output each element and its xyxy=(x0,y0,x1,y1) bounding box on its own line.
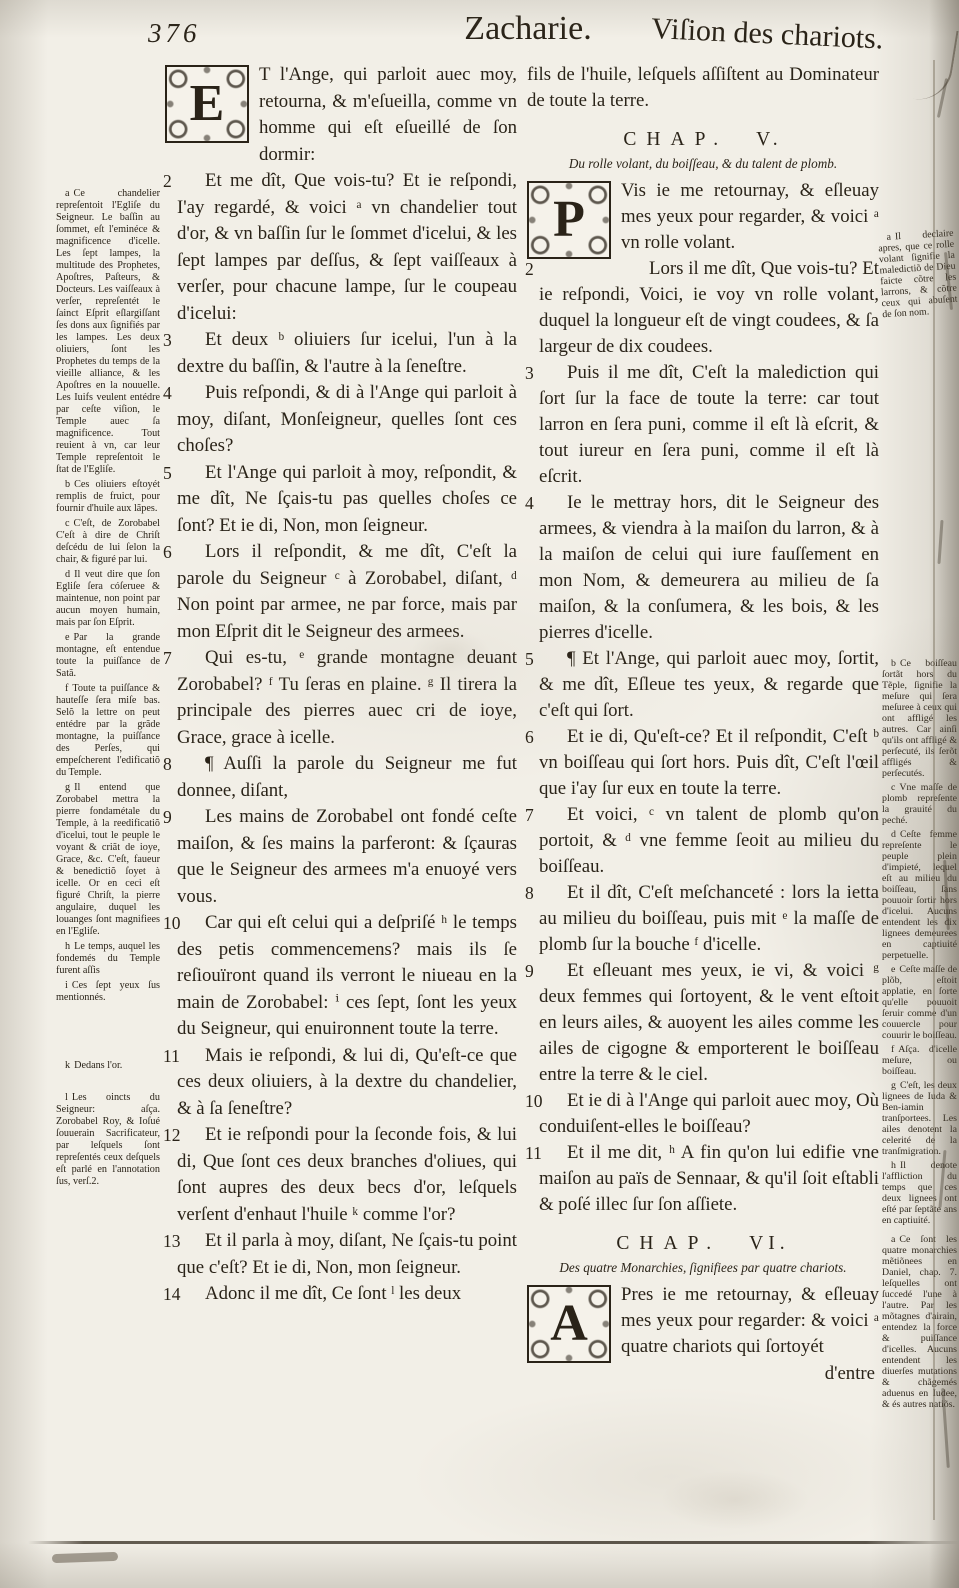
verse-text: Adonc il me dît, Ce ſont ˡ les deux xyxy=(205,1283,461,1304)
verse-text: Puis reſpondi, & di à l'Ange qui parloit… xyxy=(177,382,517,456)
note-text: Toute ta puiſſance & hauteſſe ſera miſe … xyxy=(56,683,160,778)
verse: 11Mais ie reſpondi, & lui di, Qu'eſt-ce … xyxy=(165,1043,517,1123)
verse-number: 2 xyxy=(525,256,534,282)
margin-note: gC'eſt, les deux lignees de Iuda & Ben-i… xyxy=(882,1080,957,1157)
verse: 11Et il me dit, ʰ A fin qu'on lui edifie… xyxy=(527,1140,879,1218)
note-letter: i xyxy=(65,980,68,991)
verse: 2Et me dît, Que vois-tu? Et ie reſpondi,… xyxy=(165,168,517,327)
note-letter: c xyxy=(65,518,70,529)
note-text: Dedans l'or. xyxy=(74,1060,122,1071)
margin-note: kDedans l'or. xyxy=(56,1060,160,1072)
verse-text: ¶ Auſſi la parole du Seigneur me fut don… xyxy=(177,753,517,801)
margin-note: lLes oincts du Seigneur: aſça. Zorobabel… xyxy=(56,1092,160,1188)
verse-number: 7 xyxy=(163,645,172,672)
verse-number: 3 xyxy=(163,327,172,354)
verse-number: 4 xyxy=(525,490,534,516)
chapter4-opening-paragraph: ET l'Ange, qui parloit auec moy, retourn… xyxy=(165,62,517,168)
verse-text: Et ie di à l'Ange qui parloit auec moy, … xyxy=(539,1090,879,1137)
verse: 5Et l'Ange qui parloit à moy, reſpondit,… xyxy=(165,460,517,540)
drop-cap-initial: P xyxy=(527,181,611,259)
verse-text: Et eſleuant mes yeux, ie vi, & voici ᵍ d… xyxy=(539,960,879,1085)
edge-ink-mark xyxy=(937,520,943,564)
verse-text: Et ie di, Qu'eſt-ce? Et il reſpondit, C'… xyxy=(539,726,879,799)
bottom-scan-rule xyxy=(28,1541,959,1544)
margin-note: eCeſte maſſe de plõb, eſtoit applatie, e… xyxy=(882,964,957,1041)
page-number: 376 xyxy=(148,18,201,49)
chapter-numeral: V. xyxy=(756,129,782,150)
note-letter: a xyxy=(65,188,70,199)
margin-note: cVne maſſe de plomb repreſente la grauit… xyxy=(882,782,957,826)
note-text: Les oincts du Seigneur: aſça. Zorobabel … xyxy=(56,1092,160,1187)
verse-number: 9 xyxy=(525,958,534,984)
verse: 5¶ Et l'Ange, qui parloit auec moy, ſort… xyxy=(527,646,879,724)
verse: 8Et il dît, C'eſt meſchanceté : lors la … xyxy=(527,880,879,958)
chapter-numeral: VI. xyxy=(749,1233,789,1254)
verse: 3Puis il me dît, C'eſt la malediction qu… xyxy=(527,360,879,490)
verse-text: Et il dît, C'eſt meſchanceté : lors la i… xyxy=(539,882,879,955)
verse: 10Et ie di à l'Ange qui parloit auec moy… xyxy=(527,1088,879,1140)
verse-text: Lors il me dît, Que vois-tu? Et ie reſpo… xyxy=(539,258,879,357)
verse: 9Et eſleuant mes yeux, ie vi, & voici ᵍ … xyxy=(527,958,879,1088)
verse-number: 13 xyxy=(163,1228,181,1255)
verse: 13Et il parla à moy, diſant, Ne ſçais-tu… xyxy=(165,1228,517,1281)
verse-text: Et voici, ᶜ vn talent de plomb qu'on por… xyxy=(539,804,879,877)
verse-text: ¶ Et l'Ange, qui parloit auec moy, ſorti… xyxy=(539,648,879,721)
note-letter: k xyxy=(65,1060,70,1071)
note-letter: a xyxy=(886,232,891,243)
left-margin-notes: aCe chandelier repreſentoit l'Egliſe du … xyxy=(56,188,160,1191)
margin-note: cC'eſt, de Zorobabel C'eſt à dire de Chr… xyxy=(56,518,160,566)
verse-number: 11 xyxy=(525,1140,542,1166)
verse-text: Et deux ᵇ oliuiers ſur icelui, l'un à la… xyxy=(177,329,517,377)
verse: 8¶ Auſſi la parole du Seigneur me fut do… xyxy=(165,751,517,804)
verse: 4Ie le mettray hors, dit le Seigneur des… xyxy=(527,490,879,646)
chapter6-heading: CHAP.VI. xyxy=(527,1231,879,1257)
running-title: Viſion des chariots. xyxy=(650,12,951,60)
note-text: C'eſt, les deux lignees de Iuda & Ben-ia… xyxy=(882,1080,957,1157)
ink-smudge xyxy=(52,1552,118,1563)
verse-number: 7 xyxy=(525,802,534,828)
note-text: Par la grande montagne, eſt entendue tou… xyxy=(56,632,160,679)
verse-text: Lors il reſpondit, & me dît, C'eſt la pa… xyxy=(177,541,517,642)
margin-note: hLe temps, auquel les fondemés du Temple… xyxy=(56,941,160,977)
chapter6-opening-paragraph: APres ie me retournay, & eſleuay mes yeu… xyxy=(527,1282,879,1360)
note-text: Ce chandelier repreſentoit l'Egliſe du S… xyxy=(56,188,160,475)
verse-number: 8 xyxy=(163,751,172,778)
note-letter: h xyxy=(891,1160,896,1171)
note-letter: d xyxy=(65,569,70,580)
margin-note: fAſça. d'icelle meſure, ou boiſſeau. xyxy=(882,1044,957,1077)
paper-stain xyxy=(410,630,490,672)
verse: 10Car qui eſt celui qui a deſpriſé ʰ le … xyxy=(165,910,517,1043)
margin-note: aCe chandelier repreſentoit l'Egliſe du … xyxy=(56,188,160,476)
margin-note: gIl entend que Zorobabel mettra la pierr… xyxy=(56,782,160,938)
verse: 4Puis reſpondi, & di à l'Ange qui parloi… xyxy=(165,380,517,460)
note-letter: e xyxy=(891,964,895,975)
note-text: Le temps, auquel les fondemés du Temple … xyxy=(56,941,160,976)
verse-number: 5 xyxy=(525,646,534,672)
verse-number: 6 xyxy=(163,539,172,566)
opening-text: T l'Ange, qui parloit auec moy, retourna… xyxy=(259,64,517,165)
verse-text: Mais ie reſpondi, & lui di, Qu'eſt-ce qu… xyxy=(177,1045,517,1119)
verse-number: 4 xyxy=(163,380,172,407)
note-text: Ce ſont les quatre monarchies mẽtiõnees … xyxy=(882,1234,957,1410)
verse-text: Car qui eſt celui qui a deſpriſé ʰ le te… xyxy=(177,912,517,1039)
margin-note: aCe ſont les quatre monarchies mẽtiõnees… xyxy=(882,1234,957,1410)
note-text: C'eſt, de Zorobabel C'eſt à dire de Chri… xyxy=(56,518,160,565)
note-letter: f xyxy=(65,683,68,694)
chapter5-heading: CHAP.V. xyxy=(527,127,879,153)
note-letter: d xyxy=(891,829,896,840)
chapter4-continuation: fils de l'huile, leſquels aſſiſtent au D… xyxy=(527,62,879,114)
verse-number: 10 xyxy=(525,1088,543,1114)
catchword: d'entre xyxy=(527,1361,879,1387)
verse: 9Les mains de Zorobabel ont fondé ceſte … xyxy=(165,804,517,910)
verse-text: Et me dît, Que vois-tu? Et ie reſpondi, … xyxy=(177,170,517,324)
verse: 3Et deux ᵇ oliuiers ſur icelui, l'un à l… xyxy=(165,327,517,380)
verse: 12Et ie reſpondi pour la ſeconde fois, &… xyxy=(165,1122,517,1228)
verse: 14Adonc il me dît, Ce ſont ˡ les deux xyxy=(165,1281,517,1308)
note-letter: c xyxy=(891,782,895,793)
note-text: Ces oliuiers eſtoyét remplis de fruict, … xyxy=(56,479,160,514)
drop-cap-initial: A xyxy=(527,1285,611,1363)
verse-number: 5 xyxy=(163,460,172,487)
note-letter: h xyxy=(65,941,70,952)
note-letter: g xyxy=(65,782,70,793)
verse: 6Et ie di, Qu'eſt-ce? Et il reſpondit, C… xyxy=(527,724,879,802)
paper-stain xyxy=(660,1470,810,1530)
verse-text: Ie le mettray hors, dit le Seigneur des … xyxy=(539,492,879,643)
margin-note: dIl veut dire que ſon Egliſe ſera cóſeru… xyxy=(56,569,160,629)
chapter6-summary: Des quatre Monarchies, ſignifiees par qu… xyxy=(527,1260,879,1275)
note-letter: l xyxy=(65,1092,68,1103)
note-letter: g xyxy=(891,1080,896,1091)
verse-number: 3 xyxy=(525,360,534,386)
verse-number: 2 xyxy=(163,168,172,195)
verse-number: 6 xyxy=(525,724,534,750)
right-text-column: fils de l'huile, leſquels aſſiſtent au D… xyxy=(527,62,879,1387)
right-margin-notes: bCe boiſſeau ſortãt hors du Tẽple, ſigni… xyxy=(882,658,957,1413)
page-edge-line xyxy=(933,60,935,1520)
verse-number: 8 xyxy=(525,880,534,906)
scanned-book-page: 376 Zacharie. Viſion des chariots. aCe c… xyxy=(0,0,959,1588)
note-text: Il entend que Zorobabel mettra la pierre… xyxy=(56,782,160,937)
margin-note: bCe boiſſeau ſortãt hors du Tẽple, ſigni… xyxy=(882,658,957,779)
note-text: Ce boiſſeau ſortãt hors du Tẽple, ſignif… xyxy=(882,658,957,779)
note-letter: a xyxy=(891,1234,895,1245)
note-letter: f xyxy=(891,1044,894,1055)
chapter5-opening-paragraph: PVis ie me retournay, & eſleuay mes yeux… xyxy=(527,178,879,256)
book-title: Zacharie. xyxy=(378,10,678,48)
margin-note: hIl denote l'affliction du temps que ces… xyxy=(882,1160,957,1226)
margin-note: iCes ſept yeux ſus mentionnés. xyxy=(56,980,160,1004)
left-text-column: ET l'Ange, qui parloit auec moy, retourn… xyxy=(165,62,517,1308)
verse: 2Lors il me dît, Que vois-tu? Et ie reſp… xyxy=(527,256,879,360)
chapter-label: CHAP. xyxy=(616,1233,721,1254)
verse-text: Et il me dit, ʰ A fin qu'on lui edifie v… xyxy=(539,1142,879,1215)
verse-number: 14 xyxy=(163,1281,181,1308)
opening-text: Pres ie me retournay, & eſleuay mes yeux… xyxy=(621,1284,879,1357)
margin-note: bCes oliuiers eſtoyét remplis de fruict,… xyxy=(56,479,160,515)
verse-text: Et ie reſpondi pour la ſeconde fois, & l… xyxy=(177,1124,517,1225)
note-letter: e xyxy=(65,632,70,643)
verse-text: Puis il me dît, C'eſt la malediction qui… xyxy=(539,362,879,487)
drop-cap-initial: E xyxy=(165,65,249,143)
chapter-label: CHAP. xyxy=(623,129,728,150)
opening-text: Vis ie me retournay, & eſleuay mes yeux … xyxy=(621,180,879,253)
note-text: Ceſte maſſe de plõb, eſtoit applatie, en… xyxy=(882,964,957,1041)
note-text: Ces ſept yeux ſus mentionnés. xyxy=(56,980,160,1003)
margin-note: fToute ta puiſſance & hauteſſe ſera miſe… xyxy=(56,683,160,779)
verse-text: Les mains de Zorobabel ont fondé ceſte m… xyxy=(177,806,517,907)
note-text: Il veut dire que ſon Egliſe ſera cóſerue… xyxy=(56,569,160,628)
verse: 6Lors il reſpondit, & me dît, C'eſt la p… xyxy=(165,539,517,645)
verse-text: Et l'Ange qui parloit à moy, reſpondit, … xyxy=(177,462,517,536)
chapter5-verses: 2Lors il me dît, Que vois-tu? Et ie reſp… xyxy=(527,256,879,1218)
verse-number: 9 xyxy=(163,804,172,831)
chapter4-verses: 2Et me dît, Que vois-tu? Et ie reſpondi,… xyxy=(165,168,517,1308)
verse-number: 10 xyxy=(163,910,181,937)
verse-number: 12 xyxy=(163,1122,181,1149)
verse-number: 11 xyxy=(163,1043,180,1070)
chapter5-summary: Du rolle volant, du boiſſeau, & du talen… xyxy=(527,156,879,171)
margin-note: ePar la grande montagne, eſt entendue to… xyxy=(56,632,160,680)
verse: 7Et voici, ᶜ vn talent de plomb qu'on po… xyxy=(527,802,879,880)
note-letter: b xyxy=(891,658,896,669)
verse-text: Et il parla à moy, diſant, Ne ſçais-tu p… xyxy=(177,1230,517,1278)
note-letter: b xyxy=(65,479,70,490)
